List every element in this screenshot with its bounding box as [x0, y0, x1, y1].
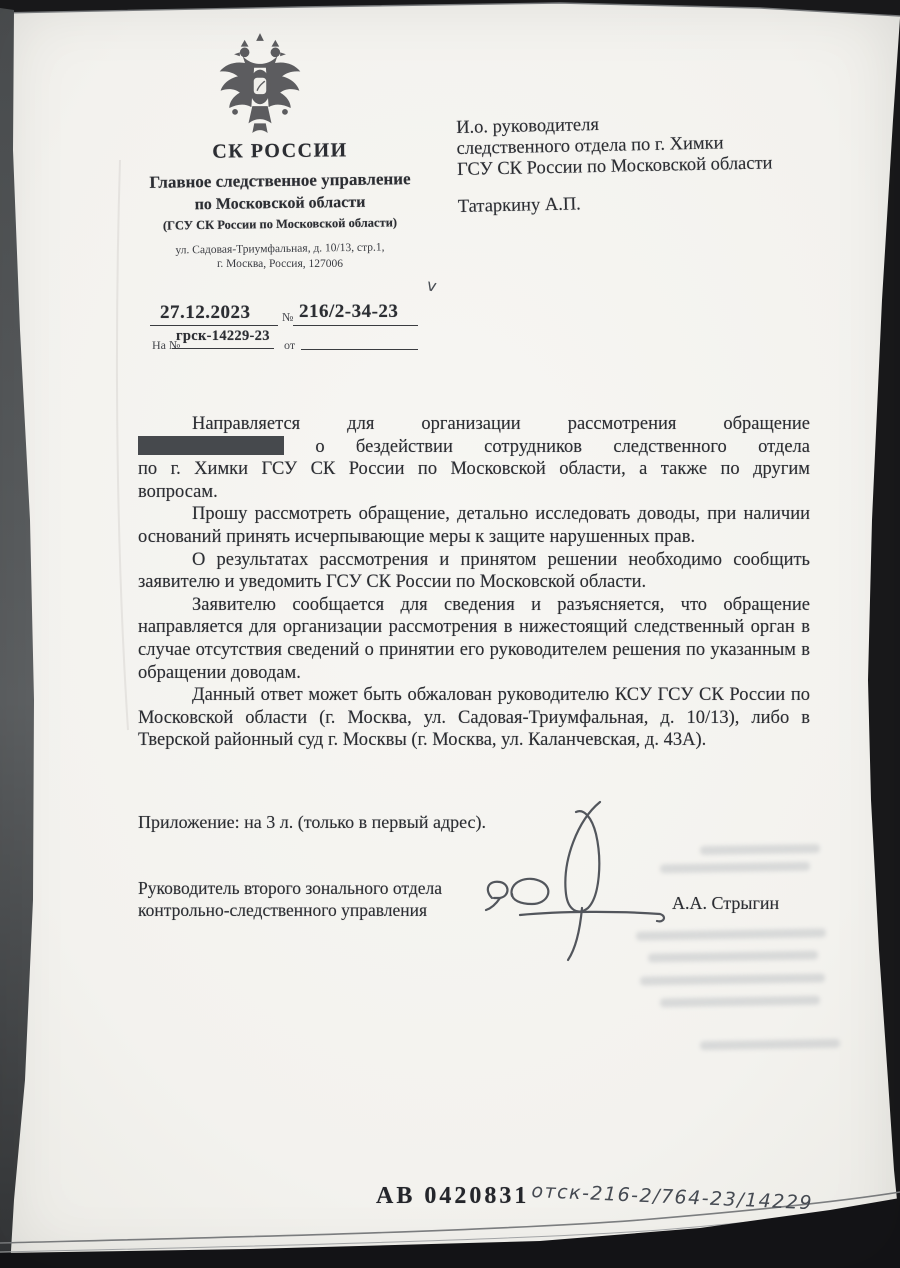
signer-title: Руководитель второго зонального отдела к… — [138, 877, 498, 921]
attachment-note: Приложение: на 3 л. (только в первый адр… — [138, 812, 486, 833]
org-name: СК РОССИИ — [130, 138, 430, 164]
recipient-block: И.о. руководителя следственного отдела п… — [456, 110, 818, 218]
reply-to-number: грск-14229-23 — [176, 328, 270, 345]
paragraph-1-line3: по г. Химки ГСУ СК России по Московской … — [138, 458, 810, 481]
number-underline — [293, 325, 418, 326]
reply-date-label: от — [284, 338, 295, 353]
redaction-box — [138, 436, 284, 455]
reply-underline — [172, 348, 274, 349]
date-underline — [150, 325, 278, 326]
letter-date: 27.12.2023 — [160, 302, 251, 324]
letter-number: 216/2-34-23 — [299, 301, 398, 323]
paragraph-1: Направляется для организации рассмотрени… — [138, 413, 810, 503]
org-address-line2: г. Москва, Россия, 127006 — [100, 258, 460, 270]
handwritten-signature — [450, 790, 685, 965]
paragraph-1-line4: вопросам. — [138, 481, 810, 504]
reply-date-underline — [301, 349, 418, 350]
letter-body: Направляется для организации рассмотрени… — [138, 413, 810, 752]
form-serial-number: АВ 0420831 — [376, 1183, 529, 1210]
signer-title-line2: контрольно-следственного управления — [138, 899, 498, 921]
coat-of-arms-icon — [212, 30, 308, 140]
paragraph-1-line2: о бездействии сотрудников следственного … — [138, 436, 810, 459]
signer-title-line1: Руководитель второго зонального отдела — [138, 877, 498, 899]
paragraph-4: Заявителю сообщается для сведения и разъ… — [138, 594, 810, 684]
paragraph-2: Прошу рассмотреть обращение, детально ис… — [138, 503, 810, 548]
paragraph-1-line1: Направляется для организации рассмотрени… — [138, 413, 810, 436]
paragraph-3: О результатах рассмотрения и принятом ре… — [138, 549, 810, 594]
number-sign: № — [282, 310, 293, 325]
paragraph-5: Данный ответ может быть обжалован руково… — [138, 684, 810, 752]
photographed-letter: СК РОССИИ Главное следственное управлени… — [0, 0, 900, 1268]
signer-name: А.А. Стрыгин — [672, 893, 779, 914]
